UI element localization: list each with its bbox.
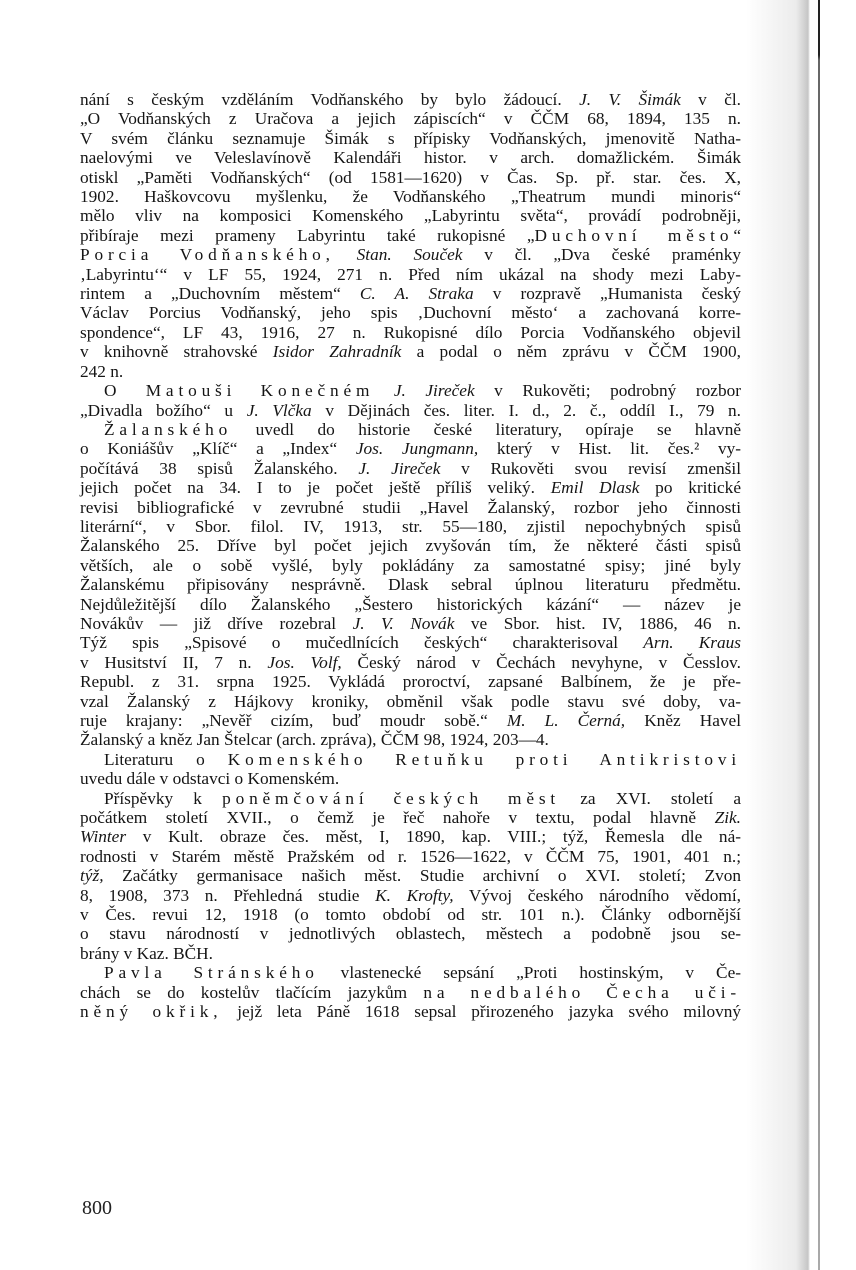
spaced-emphasis: Žalanského: [104, 420, 232, 439]
text-run: nání s českým vzděláním Vodňanského by b…: [80, 90, 579, 109]
text-run: v Dějinách čes. liter. I. d., 2. č., odd…: [312, 401, 741, 420]
text-line: „O Vodňanských z Uračova a jejich zápisc…: [80, 109, 741, 128]
text-run: spondence“, LF 43, 1916, 27 n. Rukopisné…: [80, 323, 741, 342]
text-line: O Matouši Konečném J. Jireček v Rukověti…: [80, 381, 741, 400]
text-line: otiskl „Paměti Vodňanských“ (od 1581—162…: [80, 168, 741, 187]
text-line: 242 n.: [80, 362, 741, 381]
italic-citation: C. A. Straka: [360, 284, 474, 303]
spaced-emphasis: na nedbalého Čecha uči-: [423, 983, 741, 1002]
text-run: ruje krajany: „Nevěř cizím, buď moudr so…: [80, 711, 507, 730]
text-run: literární“, v Sbor. filol. IV, 1913, str…: [80, 517, 741, 536]
text-line: počítává 38 spisů Žalanského. J. Jireček…: [80, 459, 741, 478]
text-line: chách se do kostelův tlačícím jazykům na…: [80, 983, 741, 1002]
text-line: v Husitství II, 7 n. Jos. Volf, Český ná…: [80, 653, 741, 672]
page-edge-line: [818, 0, 820, 1270]
text-run: počátkem století XVII., o čemž je řeč na…: [80, 808, 715, 827]
text-line: brány v Kaz. BČH.: [80, 944, 741, 963]
text-line: mělo vliv na komposici Komenského „Labyr…: [80, 206, 741, 225]
text-run: otiskl „Paměti Vodňanských“ (od 1581—162…: [80, 168, 741, 187]
text-run: v Rukověti; podrobný rozbor: [475, 381, 741, 400]
italic-citation: Winter: [80, 827, 126, 846]
text-run: v rozpravě „Humanista český: [474, 284, 741, 303]
text-line: přibíraje mezi prameny Labyrintu také ru…: [80, 226, 741, 245]
text-run: přibíraje mezi prameny Labyrintu také ru…: [80, 226, 535, 245]
text-run: revisi bibliografické v zevrubné studii …: [80, 498, 741, 517]
text-line: Literaturu o Komenského Retuňku proti An…: [80, 750, 741, 769]
text-run: uvedl do historie české literatury, opír…: [232, 420, 741, 439]
text-run: a podal o něm zprávu v ČČM 1900,: [401, 342, 741, 361]
text-run: Začátky germanisace našich měst. Studie …: [104, 866, 741, 885]
text-run: naelovými ve Veleslavínově Kalendáři his…: [80, 148, 741, 167]
italic-citation: M. L. Černá,: [507, 711, 625, 730]
text-line: revisi bibliografické v zevrubné studii …: [80, 498, 741, 517]
italic-citation: Isidor Zahradník: [273, 342, 402, 361]
text-run: Nejdůležitější dílo Žalanského „Šestero …: [80, 595, 741, 614]
spaced-emphasis: Komenského Retuňku proti Antikristovi: [228, 750, 741, 769]
italic-citation: J. Jireček: [358, 459, 440, 478]
text-run: „Divadla božího“ u: [80, 401, 247, 420]
text-line: Václav Porcius Vodňanský, jeho spis ‚Duc…: [80, 303, 741, 322]
text-line: týž, Začátky germanisace našich měst. St…: [80, 866, 741, 885]
text-line: v Čes. revui 12, 1918 (o tomto období od…: [80, 905, 741, 924]
text-run: „O Vodňanských z Uračova a jejich zápisc…: [80, 109, 741, 128]
text-line: Týž spis „Spisové o mučedlnících českých…: [80, 633, 741, 652]
text-line: něný okřik, jejž leta Páně 1618 sepsal p…: [80, 1002, 741, 1021]
text-run: po kritické: [639, 478, 741, 497]
text-run: Žalanského 25. Dříve byl počet jejich zv…: [80, 536, 741, 555]
text-run: Český národ v Čechách nevyhyne, v Česslo…: [342, 653, 741, 672]
spaced-emphasis: poněmčování českých měst: [222, 789, 560, 808]
text-line: Nejdůležitější dílo Žalanského „Šestero …: [80, 595, 741, 614]
italic-citation: K. Krofty,: [375, 886, 453, 905]
book-gutter-shadow: [746, 0, 856, 1270]
text-run: Týž spis „Spisové o mučedlnících českých…: [80, 633, 643, 652]
text-line: Žalanský a kněz Jan Štelcar (arch. zpráv…: [80, 730, 741, 749]
text-run: 8, 1908, 373 n. Přehledná studie: [80, 886, 375, 905]
text-run: o stavu národností v jednotlivých oblast…: [80, 924, 741, 943]
text-run: V svém článku seznamuje Šimák s přípisky…: [80, 129, 741, 148]
text-run: jejich počet na 34. I to je počet ještě …: [80, 478, 551, 497]
text-run: vzal Žalanský z Hájkovy kroniky, obměnil…: [80, 692, 741, 711]
text-line: spondence“, LF 43, 1916, 27 n. Rukopisné…: [80, 323, 741, 342]
text-run: 242 n.: [80, 362, 123, 381]
text-run: [374, 381, 394, 400]
text-line: vzal Žalanský z Hájkovy kroniky, obměnil…: [80, 692, 741, 711]
text-line: větších, ale o sobě vyšlé, byly pokládán…: [80, 556, 741, 575]
spaced-emphasis: Porcia Vodňanského,: [80, 245, 335, 264]
text-line: literární“, v Sbor. filol. IV, 1913, str…: [80, 517, 741, 536]
text-line: Novákův — již dříve rozebral J. V. Novák…: [80, 614, 741, 633]
text-line: 1902. Haškovcovu myšlenku, že Vodňanskéh…: [80, 187, 741, 206]
text-run: vlastenecké sepsání „Proti hostinským, v…: [319, 963, 741, 982]
spaced-emphasis: něný okřik,: [80, 1002, 222, 1021]
text-run: který v Hist. lit. čes.² vy-: [478, 439, 741, 458]
text-run: rintem a „Duchovním městem“: [80, 284, 360, 303]
text-line: Republ. z 31. srpna 1925. Vykládá proroc…: [80, 672, 741, 691]
text-line: Žalanského uvedl do historie české liter…: [80, 420, 741, 439]
text-line: ‚Labyrintu‘“ v LF 55, 1924, 271 n. Před …: [80, 265, 741, 284]
text-run: v čl. „Dva české praménky: [462, 245, 741, 264]
text-run: Žalanskému připisovány nesprávně. Dlask …: [80, 575, 741, 594]
text-run: jejž leta Páně 1618 sepsal přirozeného j…: [222, 1002, 741, 1021]
text-run: rodnosti v Starém městě Pražském od r. 1…: [80, 847, 741, 866]
text-run: Žalanský a kněz Jan Štelcar (arch. zpráv…: [80, 730, 549, 749]
text-run: v knihovně strahovské: [80, 342, 273, 361]
text-line: v knihovně strahovské Isidor Zahradník a…: [80, 342, 741, 361]
text-line: o Koniášův „Klíč“ a „Index“ Jos. Jungman…: [80, 439, 741, 458]
text-run: Vývoj českého národního vědomí,: [454, 886, 741, 905]
text-run: brány v Kaz. BČH.: [80, 944, 213, 963]
text-run: Novákův — již dříve rozebral: [80, 614, 353, 633]
text-line: Žalanskému připisovány nesprávně. Dlask …: [80, 575, 741, 594]
page-number: 800: [82, 1197, 112, 1220]
italic-citation: J. V. Šimák: [579, 90, 681, 109]
text-line: Winter v Kult. obraze čes. měst, I, 1890…: [80, 827, 741, 846]
text-run: o Koniášův „Klíč“ a „Index“: [80, 439, 356, 458]
text-run: chách se do kostelův tlačícím jazykům: [80, 983, 423, 1002]
page-body-text: nání s českým vzděláním Vodňanského by b…: [80, 90, 741, 1022]
text-run: [335, 245, 357, 264]
text-run: v čl.: [681, 90, 741, 109]
text-line: jejich počet na 34. I to je počet ještě …: [80, 478, 741, 497]
spaced-emphasis: O Matouši Konečném: [104, 381, 374, 400]
text-run: větších, ale o sobě vyšlé, byly pokládán…: [80, 556, 741, 575]
spaced-emphasis: Duchovní město: [535, 226, 734, 245]
text-line: o stavu národností v jednotlivých oblast…: [80, 924, 741, 943]
text-line: ruje krajany: „Nevěř cizím, buď moudr so…: [80, 711, 741, 730]
italic-citation: J. Vlčka: [247, 401, 312, 420]
text-line: Pavla Stránského vlastenecké sepsání „Pr…: [80, 963, 741, 982]
text-run: Václav Porcius Vodňanský, jeho spis ‚Duc…: [80, 303, 741, 322]
italic-citation: Zik.: [715, 808, 741, 827]
italic-citation: Jos. Volf,: [267, 653, 341, 672]
text-line: „Divadla božího“ u J. Vlčka v Dějinách č…: [80, 401, 741, 420]
text-run: “: [733, 226, 741, 245]
text-line: nání s českým vzděláním Vodňanského by b…: [80, 90, 741, 109]
italic-citation: J. V. Novák: [353, 614, 455, 633]
text-run: v Kult. obraze čes. měst, I, 1890, kap. …: [126, 827, 741, 846]
text-run: za XVI. století a: [560, 789, 741, 808]
italic-citation: Arn. Kraus: [643, 633, 741, 652]
text-run: v Husitství II, 7 n.: [80, 653, 267, 672]
text-run: ve Sbor. hist. IV, 1886, 46 n.: [454, 614, 741, 633]
italic-citation: J. Jireček: [394, 381, 475, 400]
text-line: rintem a „Duchovním městem“ C. A. Straka…: [80, 284, 741, 303]
text-run: Příspěvky k: [104, 789, 222, 808]
italic-citation: Jos. Jungmann,: [356, 439, 478, 458]
text-run: v Čes. revui 12, 1918 (o tomto období od…: [80, 905, 741, 924]
text-run: počítává 38 spisů Žalanského.: [80, 459, 358, 478]
text-run: mělo vliv na komposici Komenského „Labyr…: [80, 206, 741, 225]
text-run: 1902. Haškovcovu myšlenku, že Vodňanskéh…: [80, 187, 741, 206]
text-run: ‚Labyrintu‘“ v LF 55, 1924, 271 n. Před …: [80, 265, 741, 284]
text-line: počátkem století XVII., o čemž je řeč na…: [80, 808, 741, 827]
text-line: Porcia Vodňanského, Stan. Souček v čl. „…: [80, 245, 741, 264]
text-line: V svém článku seznamuje Šimák s přípisky…: [80, 129, 741, 148]
text-run: uvedu dále v odstavci o Komenském.: [80, 769, 339, 788]
text-line: uvedu dále v odstavci o Komenském.: [80, 769, 741, 788]
spaced-emphasis: Pavla Stránského: [104, 963, 319, 982]
text-line: naelovými ve Veleslavínově Kalendáři his…: [80, 148, 741, 167]
text-line: rodnosti v Starém městě Pražském od r. 1…: [80, 847, 741, 866]
text-run: v Rukověti svou revisí zmenšil: [440, 459, 741, 478]
text-run: Literaturu o: [104, 750, 228, 769]
text-line: 8, 1908, 373 n. Přehledná studie K. Krof…: [80, 886, 741, 905]
text-run: Kněz Havel: [625, 711, 741, 730]
text-line: Žalanského 25. Dříve byl počet jejich zv…: [80, 536, 741, 555]
text-run: Republ. z 31. srpna 1925. Vykládá proroc…: [80, 672, 741, 691]
italic-citation: týž,: [80, 866, 104, 885]
italic-citation: Emil Dlask: [551, 478, 640, 497]
italic-citation: Stan. Souček: [357, 245, 463, 264]
text-line: Příspěvky k poněmčování českých měst za …: [80, 789, 741, 808]
